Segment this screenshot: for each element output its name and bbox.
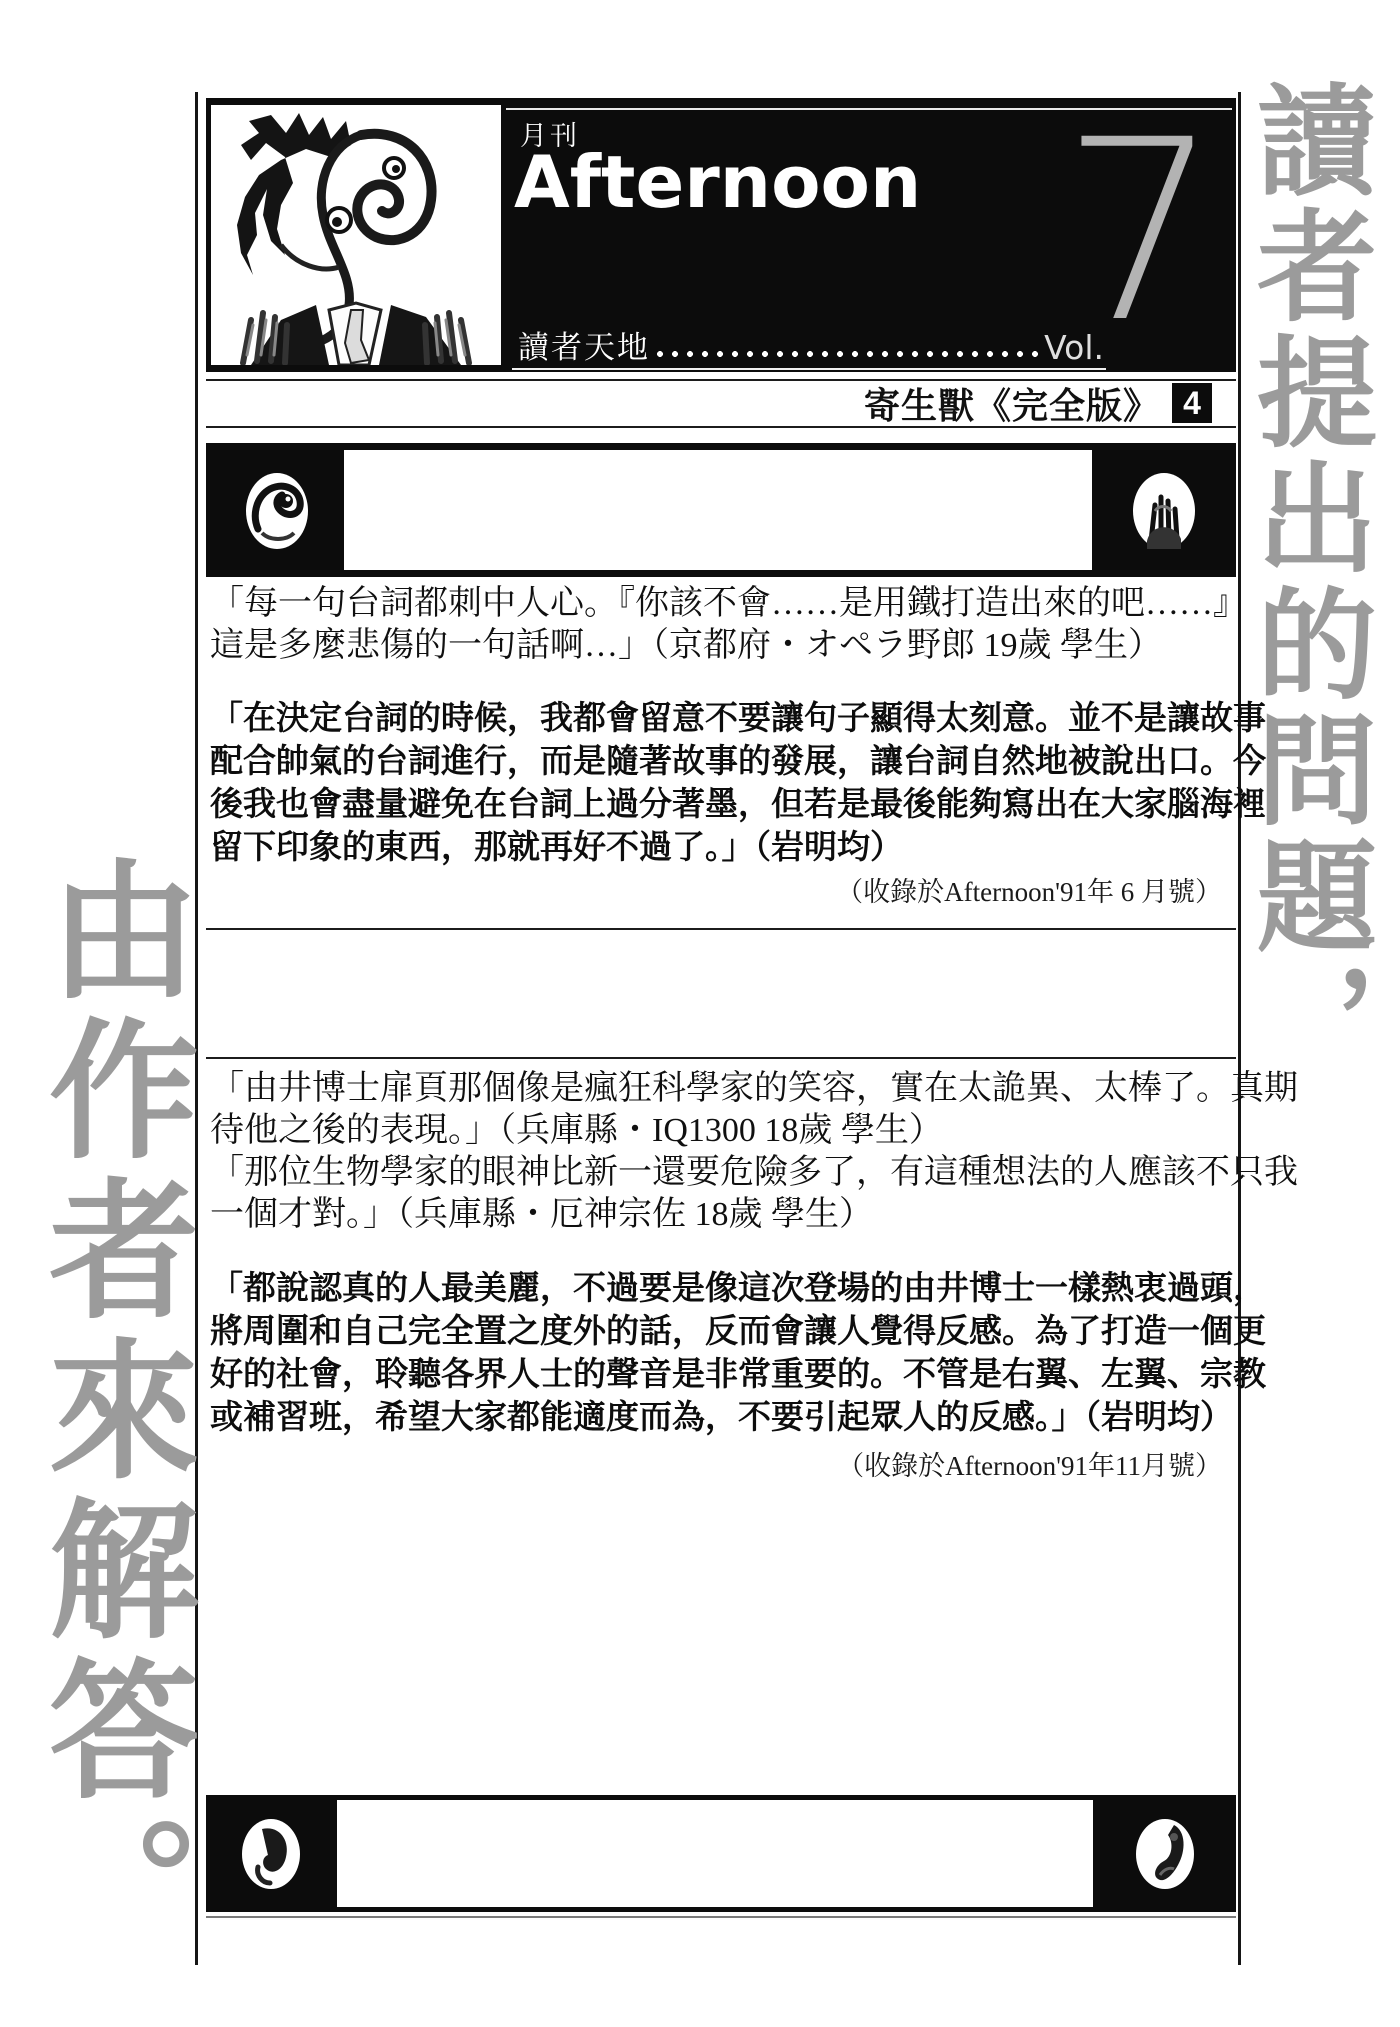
volume-number: 7 bbox=[1061, 104, 1220, 359]
answer-line: 配合帥氣的台詞進行，而是隨著故事的發展，讓台詞自然地被說出口。今 bbox=[210, 739, 1236, 782]
question-block-1: 「每一句台詞都刺中人心。『你該不會……是用鐵打造出來的吧……』 這是多麼悲傷的一… bbox=[210, 583, 1236, 667]
section-row: 讀者天地 Vol. bbox=[518, 322, 1104, 367]
parasyte-face-illustration bbox=[211, 105, 501, 365]
parasite-eye-icon bbox=[244, 471, 310, 551]
question-line: 一個才對。」（兵庫縣・厄神宗佐 18歲 學生） bbox=[210, 1194, 1236, 1236]
question-line: 這是多麼悲傷的一句話啊…」（京都府・オペラ野郎 19歲 學生） bbox=[210, 625, 1236, 667]
answer-line: 留下印象的東西，那就再好不過了。」（岩明均） bbox=[210, 825, 1236, 868]
question-line: 「每一句台詞都刺中人心。『你該不會……是用鐵打造出來的吧……』 bbox=[210, 583, 1236, 625]
question-line: 待他之後的表現。」（兵庫縣・IQ1300 18歲 學生） bbox=[210, 1110, 1236, 1152]
parasite-ear-icon bbox=[240, 1817, 302, 1891]
parasite-head-icon bbox=[1134, 1817, 1196, 1891]
answer-line: 「在決定台詞的時候，我都會留意不要讓句子顯得太刻意。並不是讓故事 bbox=[210, 696, 1236, 739]
top-bar-blank-panel bbox=[344, 450, 1092, 570]
answer-line: 將周圍和自己完全置之度外的話，反而會讓人覺得反感。為了打造一個更 bbox=[210, 1309, 1236, 1352]
series-header-bottom-rule bbox=[206, 426, 1236, 428]
bottom-bar-under-rule bbox=[206, 1916, 1236, 1918]
question-block-2: 「由井博士扉頁那個像是瘋狂科學家的笑容，實在太詭異、太棒了。真期 待他之後的表現… bbox=[210, 1068, 1236, 1236]
bottom-photo-bar bbox=[206, 1795, 1236, 1912]
afternoon-banner: 月刊 Afternoon 讀者天地 Vol. 7 bbox=[206, 98, 1236, 372]
dotted-leader bbox=[656, 350, 1038, 359]
answer-line: 好的社會，聆聽各界人士的聲音是非常重要的。不管是右翼、左翼、宗教 bbox=[210, 1352, 1236, 1395]
source-credit-1: （收錄於Afternoon'91年 6 月號） bbox=[210, 870, 1236, 909]
section-title: 讀者天地 bbox=[518, 322, 650, 367]
banner-bottom-rule bbox=[512, 368, 1106, 370]
answer-line: 「都說認真的人最美麗，不過要是像這次登場的由井博士一樣熱衷過頭， bbox=[210, 1266, 1236, 1309]
series-title: 寄生獸《完全版》 bbox=[864, 378, 1160, 429]
answer-block-1: 「在決定台詞的時候，我都會留意不要讓句子顯得太刻意。並不是讓故事 配合帥氣的台詞… bbox=[210, 696, 1236, 868]
answer-line: 或補習班，希望大家都能適度而為，不要引起眾人的反感。」（岩明均） bbox=[210, 1395, 1236, 1438]
top-photo-bar bbox=[206, 443, 1236, 577]
left-margin-headline: 由作者來解答。 bbox=[36, 852, 186, 1972]
answer-block-2: 「都說認真的人最美麗，不過要是像這次登場的由井博士一樣熱衷過頭， 將周圍和自己完… bbox=[210, 1266, 1236, 1438]
question-line: 「那位生物學家的眼神比新一還要危險多了，有這種想法的人應該不只我 bbox=[210, 1152, 1236, 1194]
question-line: 「由井博士扉頁那個像是瘋狂科學家的笑容，實在太詭異、太棒了。真期 bbox=[210, 1068, 1236, 1110]
left-frame-rule bbox=[195, 92, 198, 1965]
magazine-page: 月刊 Afternoon 讀者天地 Vol. 7 寄生獸《完全版》 4 bbox=[0, 0, 1400, 2027]
divider-box-top-rule bbox=[206, 928, 1236, 930]
series-header: 寄生獸《完全版》 4 bbox=[206, 382, 1236, 424]
bottom-bar-blank-panel bbox=[337, 1800, 1093, 1907]
afternoon-logo: Afternoon bbox=[514, 140, 921, 224]
source-credit-2: （收錄於Afternoon'91年11月號） bbox=[210, 1444, 1236, 1483]
answer-line: 後我也會盡量避免在台詞上過分著墨，但若是最後能夠寫出在大家腦海裡 bbox=[210, 782, 1236, 825]
volume-badge: 4 bbox=[1172, 383, 1212, 423]
divider-box-bottom-rule bbox=[206, 1057, 1236, 1059]
parasite-hand-icon bbox=[1131, 471, 1197, 551]
banner-illustration bbox=[211, 105, 501, 365]
right-margin-headline: 讀者提出的問題， bbox=[1247, 78, 1367, 1086]
